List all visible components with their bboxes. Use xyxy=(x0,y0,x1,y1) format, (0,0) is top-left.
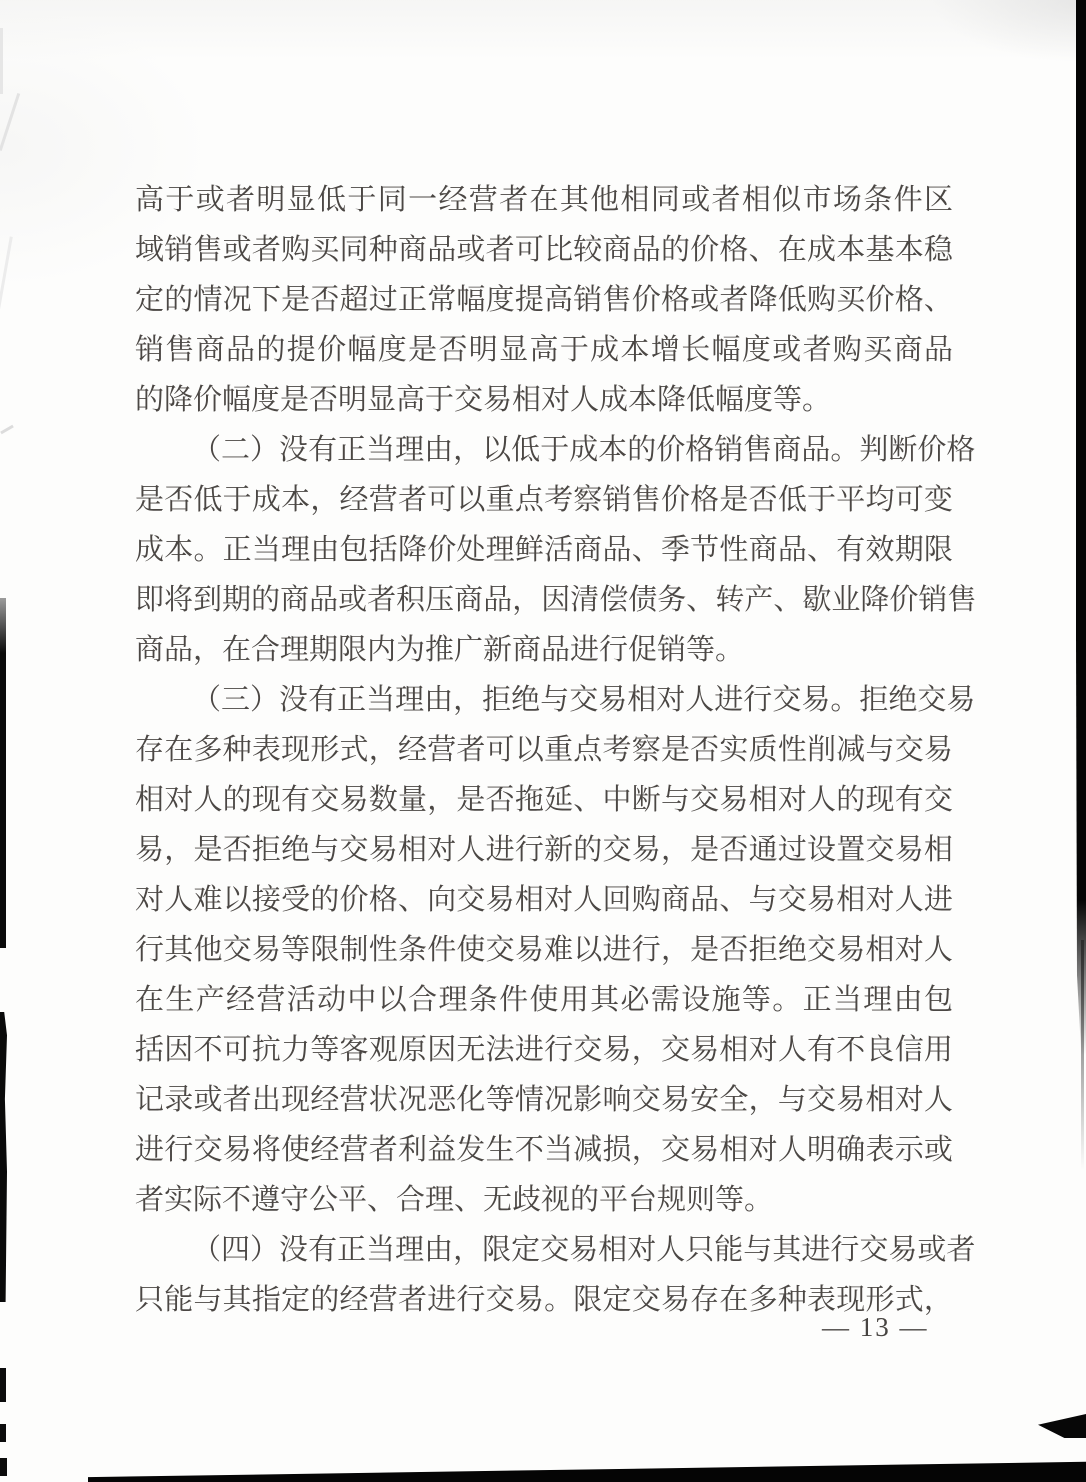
scan-artifact-left-edge xyxy=(0,1424,6,1442)
paragraph-3: （三）没有正当理由，拒绝与交易相对人进行交易。拒绝交易 存在多种表现形式，经营者… xyxy=(135,675,953,1225)
text-line: 行其他交易等限制性条件使交易难以进行，是否拒绝交易相对人 xyxy=(135,925,953,975)
text-line: 存在多种表现形式，经营者可以重点考察是否实质性削减与交易 xyxy=(135,725,953,775)
text-line: 括因不可抗力等客观原因无法进行交易，交易相对人有不良信用 xyxy=(135,1025,953,1075)
text-line: 商品，在合理期限内为推广新商品进行促销等。 xyxy=(135,625,953,675)
scan-artifact-right-edge xyxy=(1076,0,1086,1060)
scan-artifact-scratch xyxy=(0,236,13,325)
scan-artifact-scratch xyxy=(0,425,14,435)
document-text-block: 高于或者明显低于同一经营者在其他相同或者相似市场条件区 域销售或者购买同种商品或… xyxy=(135,175,953,1325)
text-line: 即将到期的商品或者积压商品，因清偿债务、转产、歇业降价销售 xyxy=(135,575,953,625)
text-line: 高于或者明显低于同一经营者在其他相同或者相似市场条件区 xyxy=(135,175,953,225)
text-line: 相对人的现有交易数量，是否拖延、中断与交易相对人的现有交 xyxy=(135,775,953,825)
text-line: 易，是否拒绝与交易相对人进行新的交易，是否通过设置交易相 xyxy=(135,825,953,875)
text-line: 销售商品的提价幅度是否明显高于成本增长幅度或者购买商品 xyxy=(135,325,953,375)
scan-artifact-scratch xyxy=(0,93,20,151)
scan-artifact-bottom-edge xyxy=(0,1460,1086,1482)
scan-artifact-left-edge xyxy=(0,1368,6,1402)
text-line: 进行交易将使经营者利益发生不当减损，交易相对人明确表示或 xyxy=(135,1125,953,1175)
page-number: — 13 — xyxy=(822,1312,942,1343)
scan-artifact-left-edge xyxy=(0,1012,7,1302)
text-line: 对人难以接受的价格、向交易相对人回购商品、与交易相对人进 xyxy=(135,875,953,925)
text-line: （三）没有正当理由，拒绝与交易相对人进行交易。拒绝交易 xyxy=(135,675,953,725)
scan-artifact-left-edge xyxy=(0,598,6,948)
scan-artifact-bottom-right-corner xyxy=(1038,1414,1086,1438)
text-line: 记录或者出现经营状况恶化等情况影响交易安全，与交易相对人 xyxy=(135,1075,953,1125)
paragraph-4: （四）没有正当理由，限定交易相对人只能与其进行交易或者 只能与其指定的经营者进行… xyxy=(135,1225,953,1325)
text-line: （四）没有正当理由，限定交易相对人只能与其进行交易或者 xyxy=(135,1225,953,1275)
text-line: 的降价幅度是否明显高于交易相对人成本降低幅度等。 xyxy=(135,375,953,425)
text-line: 在生产经营活动中以合理条件使用其必需设施等。正当理由包 xyxy=(135,975,953,1025)
scanned-page: 高于或者明显低于同一经营者在其他相同或者相似市场条件区 域销售或者购买同种商品或… xyxy=(0,0,1086,1482)
paragraph-2: （二）没有正当理由，以低于成本的价格销售商品。判断价格 是否低于成本，经营者可以… xyxy=(135,425,953,675)
text-line: （二）没有正当理由，以低于成本的价格销售商品。判断价格 xyxy=(135,425,953,475)
scan-artifact-smudge xyxy=(0,28,3,94)
text-line: 定的情况下是否超过正常幅度提高销售价格或者降低购买价格、 xyxy=(135,275,953,325)
scan-artifact-right-edge-thin xyxy=(1081,940,1084,1170)
text-line: 域销售或者购买同种商品或者可比较商品的价格、在成本基本稳 xyxy=(135,225,953,275)
text-line: 成本。正当理由包括降价处理鲜活商品、季节性商品、有效期限 xyxy=(135,525,953,575)
text-line: 者实际不遵守公平、合理、无歧视的平台规则等。 xyxy=(135,1175,953,1225)
paragraph-1: 高于或者明显低于同一经营者在其他相同或者相似市场条件区 域销售或者购买同种商品或… xyxy=(135,175,953,425)
text-line: 是否低于成本，经营者可以重点考察销售价格是否低于平均可变 xyxy=(135,475,953,525)
scan-artifact-left-edge xyxy=(0,1458,7,1476)
